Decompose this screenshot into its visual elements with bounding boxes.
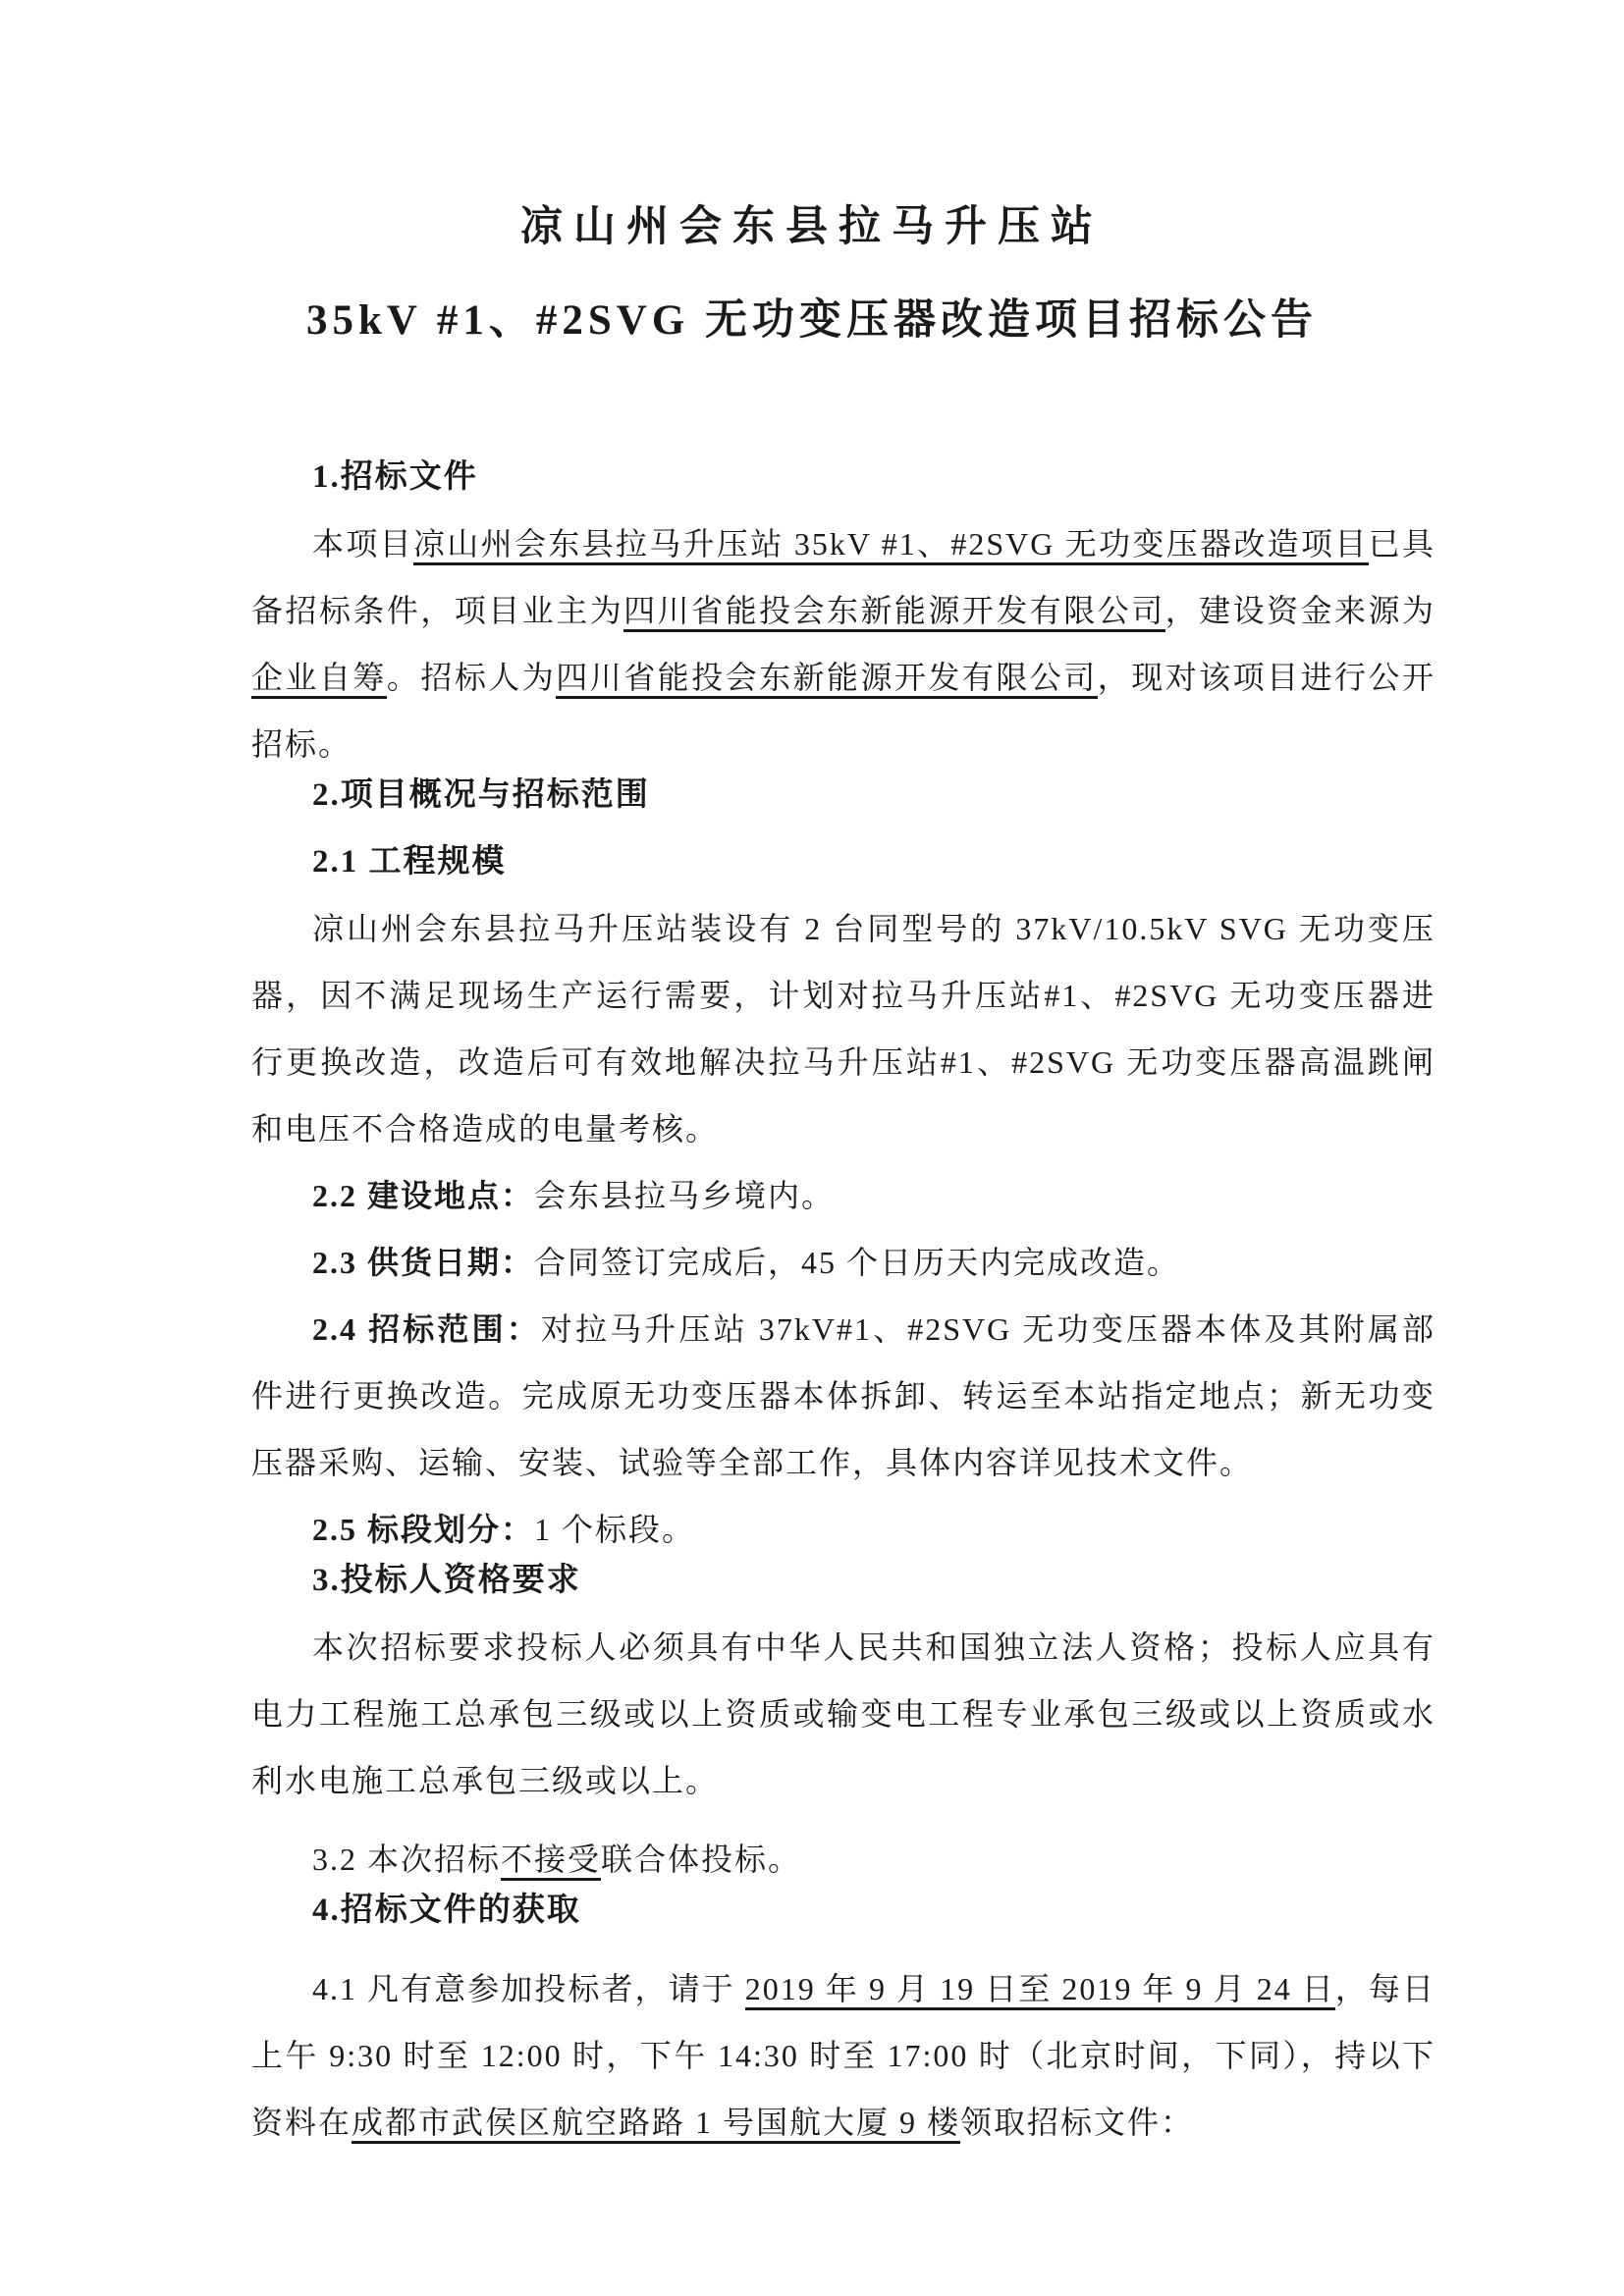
text-segment: 3.2 本次招标 <box>312 1842 501 1877</box>
text-segment: 2.项目概况与招标范围 <box>312 777 650 813</box>
text-segment: 领取招标文件： <box>960 2105 1194 2140</box>
text-segment: 四川省能投会东新能源开发有限公司 <box>623 593 1165 632</box>
document-title-line-2: 35kV #1、#2SVG 无功变压器改造项目招标公告 <box>0 296 1624 345</box>
heading-section-4: 4.招标文件的获取 <box>251 1877 1435 1944</box>
heading-section-1: 1.招标文件 <box>251 444 1435 510</box>
paragraph-section-1: 本项目凉山州会东县拉马升压站 35kV #1、#2SVG 无功变压器改造项目已具… <box>251 510 1435 777</box>
text-segment: 1.招标文件 <box>312 459 478 495</box>
paragraph-section-2-2: 2.2 建设地点：会东县拉马乡境内。 <box>251 1162 1435 1229</box>
paragraph-section-4-1: 4.1 凡有意参加投标者，请于 2019 年 9 月 19 日至 2019 年 … <box>251 1955 1435 2156</box>
text-segment: 2.2 建设地点： <box>312 1178 534 1213</box>
text-segment: 4.招标文件的获取 <box>312 1893 581 1928</box>
text-segment: 凉山州会东县拉马升压站装设有 2 台同型号的 37kV/10.5kV SVG 无… <box>251 911 1435 1147</box>
text-segment: 2.1 工程规模 <box>312 844 507 880</box>
paragraph-section-3-1: 本次招标要求投标人必须具有中华人民共和国独立法人资格；投标人应具有电力工程施工总… <box>251 1614 1435 1814</box>
text-segment: 成都市武侯区航空路路 1 号国航大厦 9 楼 <box>352 2105 960 2144</box>
heading-section-2-1: 2.1 工程规模 <box>251 828 1435 895</box>
text-segment: 不接受 <box>501 1842 601 1881</box>
text-segment: 合同签订完成后，45 个日历天内完成改造。 <box>534 1245 1180 1280</box>
text-segment: 4.1 凡有意参加投标者，请于 <box>312 1971 745 2006</box>
text-segment: 1 个标段。 <box>534 1512 695 1547</box>
paragraph-section-2-1: 凉山州会东县拉马升压站装设有 2 台同型号的 37kV/10.5kV SVG 无… <box>251 895 1435 1162</box>
text-segment: 2019 年 9 月 19 日至 2019 年 9 月 24 日 <box>745 1971 1335 2010</box>
text-segment: 3.投标人资格要求 <box>312 1563 581 1598</box>
text-segment: 本项目 <box>312 526 413 561</box>
text-segment: 2.3 供货日期： <box>312 1245 534 1280</box>
document-title-line-1: 凉山州会东县拉马升压站 <box>0 0 1624 251</box>
text-segment: 凉山州会东县拉马升压站 35kV #1、#2SVG 无功变压器改造项目 <box>413 526 1369 565</box>
text-segment: 会东县拉马乡境内。 <box>534 1178 835 1213</box>
text-segment: 。招标人为 <box>387 660 556 695</box>
heading-section-3: 3.投标人资格要求 <box>251 1547 1435 1614</box>
text-segment: 2.4 招标范围： <box>312 1311 541 1347</box>
text-segment: 四川省能投会东新能源开发有限公司 <box>556 660 1098 699</box>
text-segment: 联合体投标。 <box>601 1842 801 1877</box>
text-segment: ，建设资金来源为 <box>1165 593 1435 628</box>
document-body: 1.招标文件 本项目凉山州会东县拉马升压站 35kV #1、#2SVG 无功变压… <box>251 444 1435 2156</box>
text-segment: 本次招标要求投标人必须具有中华人民共和国独立法人资格；投标人应具有电力工程施工总… <box>251 1629 1435 1798</box>
text-segment: 2.5 标段划分： <box>312 1512 534 1547</box>
heading-section-2: 2.项目概况与招标范围 <box>251 762 1435 828</box>
document-page: 凉山州会东县拉马升压站 35kV #1、#2SVG 无功变压器改造项目招标公告 … <box>0 0 1624 2296</box>
paragraph-section-2-4: 2.4 招标范围：对拉马升压站 37kV#1、#2SVG 无功变压器本体及其附属… <box>251 1296 1435 1496</box>
text-segment: 企业自筹 <box>251 660 387 699</box>
paragraph-section-2-3: 2.3 供货日期：合同签订完成后，45 个日历天内完成改造。 <box>251 1229 1435 1296</box>
